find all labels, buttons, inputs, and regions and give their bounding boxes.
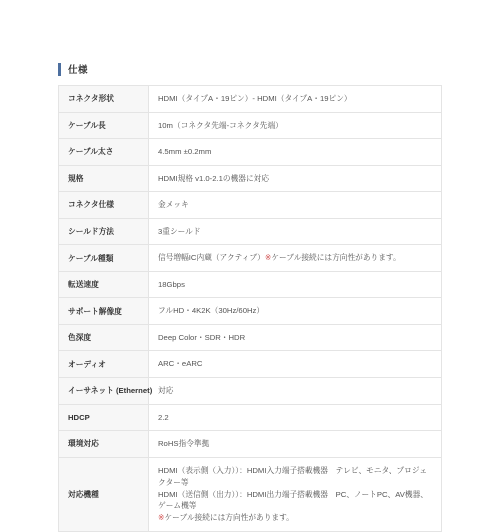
spec-label: 色深度 [59, 324, 149, 351]
spec-label: サポート解像度 [59, 298, 149, 325]
section-accent-bar [58, 63, 61, 76]
spec-label: 規格 [59, 165, 149, 192]
spec-page: 仕様 コネクタ形状HDMI（タイプA・19ピン）- HDMI（タイプA・19ピン… [58, 62, 442, 500]
table-row: シールド方法3重シールド [59, 218, 442, 245]
spec-label: ケーブル太さ [59, 139, 149, 166]
spec-value: 4.5mm ±0.2mm [149, 139, 442, 166]
spec-label: 対応機種 [59, 457, 149, 500]
spec-table: コネクタ形状HDMI（タイプA・19ピン）- HDMI（タイプA・19ピン）ケー… [58, 85, 442, 500]
table-row: HDCP2.2 [59, 404, 442, 431]
spec-value-text: 2.2 [158, 413, 169, 422]
spec-value: フルHD・4K2K（30Hz/60Hz） [149, 298, 442, 325]
spec-value: HDMI（タイプA・19ピン）- HDMI（タイプA・19ピン） [149, 86, 442, 113]
spec-value: HDMI規格 v1.0-2.1の機器に対応 [149, 165, 442, 192]
table-row: コネクタ仕様金メッキ [59, 192, 442, 219]
spec-value-text: 3重シールド [158, 227, 201, 236]
table-row: 環境対応RoHS指令準拠 [59, 431, 442, 458]
spec-label: シールド方法 [59, 218, 149, 245]
spec-value-text: 金メッキ [158, 200, 189, 209]
spec-label: コネクタ仕様 [59, 192, 149, 219]
spec-value: RoHS指令準拠 [149, 431, 442, 458]
spec-value: 信号増幅IC内蔵（アクティブ）※ケーブル接続には方向性があります。 [149, 245, 442, 272]
spec-value-text: Deep Color・SDR・HDR [158, 333, 245, 342]
spec-value-line: HDMI（送信側（出力））：HDMI出力端子搭載機器 PC、ノートPC、AV機器… [158, 489, 432, 500]
spec-value: HDMI（表示側（入力））：HDMI入力端子搭載機器 テレビ、モニタ、プロジェク… [149, 457, 442, 500]
spec-value-text: 10m（コネクタ先端-コネクタ先端） [158, 121, 283, 130]
table-row: ケーブル長10m（コネクタ先端-コネクタ先端） [59, 112, 442, 139]
spec-value-text: フルHD・4K2K（30Hz/60Hz） [158, 306, 264, 315]
table-row: サポート解像度フルHD・4K2K（30Hz/60Hz） [59, 298, 442, 325]
spec-value: 対応 [149, 378, 442, 405]
spec-value-text: HDMI規格 v1.0-2.1の機器に対応 [158, 174, 269, 183]
table-row: ケーブル種類信号増幅IC内蔵（アクティブ）※ケーブル接続には方向性があります。 [59, 245, 442, 272]
spec-label: 転送速度 [59, 271, 149, 298]
note-text: ケーブル接続には方向性があります。 [271, 253, 400, 262]
table-row: ケーブル太さ4.5mm ±0.2mm [59, 139, 442, 166]
spec-value: 18Gbps [149, 271, 442, 298]
table-row: 色深度Deep Color・SDR・HDR [59, 324, 442, 351]
page-title: 仕様 [68, 62, 88, 76]
spec-label: ケーブル種類 [59, 245, 149, 272]
spec-value-text: RoHS指令準拠 [158, 439, 209, 448]
spec-value: 10m（コネクタ先端-コネクタ先端） [149, 112, 442, 139]
table-row: オーディオARC・eARC [59, 351, 442, 378]
table-row: コネクタ形状HDMI（タイプA・19ピン）- HDMI（タイプA・19ピン） [59, 86, 442, 113]
spec-table-body: コネクタ形状HDMI（タイプA・19ピン）- HDMI（タイプA・19ピン）ケー… [59, 86, 442, 501]
spec-value: 3重シールド [149, 218, 442, 245]
spec-label: イーサネット (Ethernet) [59, 378, 149, 405]
table-row: 対応機種HDMI（表示側（入力））：HDMI入力端子搭載機器 テレビ、モニタ、プ… [59, 457, 442, 500]
spec-label: HDCP [59, 404, 149, 431]
spec-value-text: 信号増幅IC内蔵（アクティブ） [158, 253, 265, 262]
spec-value-text: 18Gbps [158, 280, 185, 289]
table-row: 転送速度18Gbps [59, 271, 442, 298]
spec-value-text: 対応 [158, 386, 173, 395]
spec-value-line: HDMI（表示側（入力））：HDMI入力端子搭載機器 テレビ、モニタ、プロジェク… [158, 465, 432, 489]
table-row: イーサネット (Ethernet)対応 [59, 378, 442, 405]
table-row: 規格HDMI規格 v1.0-2.1の機器に対応 [59, 165, 442, 192]
section-header: 仕様 [58, 62, 442, 76]
spec-value-text: HDMI（タイプA・19ピン）- HDMI（タイプA・19ピン） [158, 94, 352, 103]
spec-label: コネクタ形状 [59, 86, 149, 113]
spec-label: 環境対応 [59, 431, 149, 458]
spec-label: オーディオ [59, 351, 149, 378]
spec-value-text: ARC・eARC [158, 359, 202, 368]
spec-value: 金メッキ [149, 192, 442, 219]
spec-label: ケーブル長 [59, 112, 149, 139]
spec-value: 2.2 [149, 404, 442, 431]
spec-value-text: 4.5mm ±0.2mm [158, 147, 211, 156]
spec-value: Deep Color・SDR・HDR [149, 324, 442, 351]
spec-value: ARC・eARC [149, 351, 442, 378]
